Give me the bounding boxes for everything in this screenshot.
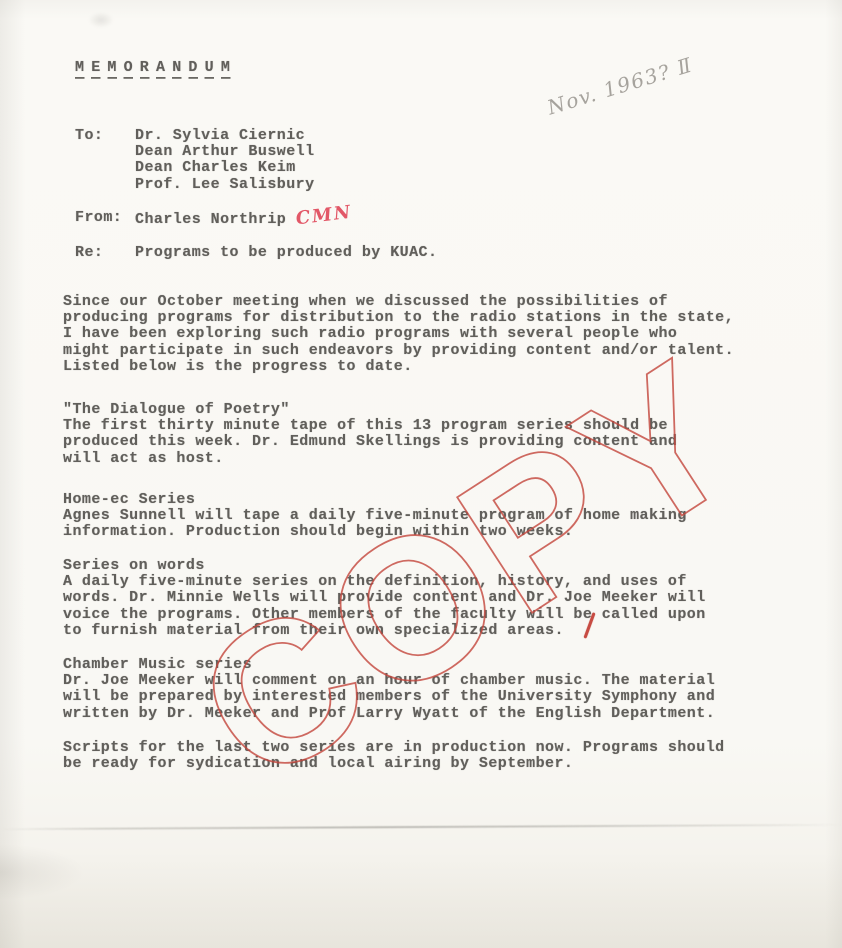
closing-paragraph: Scripts for the last two series are in p…: [63, 740, 725, 772]
from-name: Charles Northrip: [135, 211, 286, 228]
paper-smudge: [88, 12, 114, 28]
paper-crease: [0, 824, 842, 830]
section-heading: Series on words: [63, 558, 706, 574]
scanned-memo-page: MEMORANDUM Nov. 1963? Ⅱ To: Dr. Sylvia C…: [0, 0, 842, 948]
re-subject: Programs to be produced by KUAC.: [135, 245, 437, 261]
section-heading: Home-ec Series: [63, 492, 687, 508]
section-series-on-words: Series on words A daily five-minute seri…: [63, 558, 706, 639]
from-line: Charles NorthripCMN: [135, 210, 353, 228]
handwritten-date-note: Nov. 1963? Ⅱ: [544, 32, 761, 119]
section-chamber-music: Chamber Music series Dr. Joe Meeker will…: [63, 657, 715, 722]
to-recipients: Dr. Sylvia Ciernic Dean Arthur Buswell D…: [135, 128, 315, 193]
from-label: From:: [75, 210, 122, 226]
section-heading: Chamber Music series: [63, 657, 715, 673]
re-label: Re:: [75, 245, 103, 261]
section-text: Agnes Sunnell will tape a daily five-min…: [63, 508, 687, 540]
section-dialogue-of-poetry: "The Dialogue of Poetry" The first thirt…: [63, 402, 677, 467]
section-heading: "The Dialogue of Poetry": [63, 402, 677, 418]
to-label: To:: [75, 128, 103, 144]
section-text: Dr. Joe Meeker will comment on an hour o…: [63, 673, 715, 722]
section-home-ec: Home-ec Series Agnes Sunnell will tape a…: [63, 492, 687, 541]
section-text: A daily five-minute series on the defini…: [63, 574, 706, 639]
memo-title: MEMORANDUM: [75, 60, 237, 79]
section-text: The first thirty minute tape of this 13 …: [63, 418, 677, 467]
handwritten-initials: CMN: [295, 205, 353, 228]
intro-paragraph: Since our October meeting when we discus…: [63, 294, 734, 375]
copy-stamp: COPY: [0, 0, 842, 948]
